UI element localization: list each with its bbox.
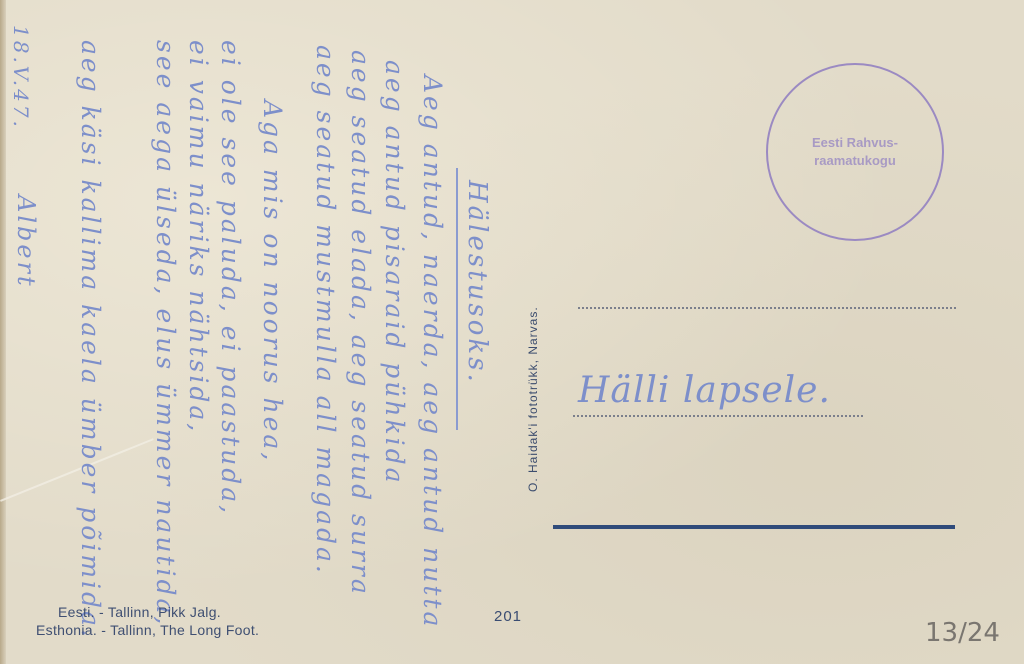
message-date: 18.V.47. — [9, 25, 33, 130]
postcard-back: Hälestusoks. Aeg antud, naerda, aeg antu… — [0, 0, 1024, 664]
address-baseline — [553, 525, 955, 529]
message-line-4: aeg seatud mustmulla all magada. — [311, 45, 340, 576]
address-line-1 — [578, 307, 956, 309]
message-signature: Albert — [12, 195, 40, 289]
message-line-8: see aega ülseda, elus ümmer nautida, — [151, 40, 180, 627]
message-line-9: aeg käsi kallima kaela ümber põimida. — [76, 40, 105, 640]
message-line-7: ei vaimu näriks nähtsida, — [184, 40, 213, 434]
card-edge — [0, 0, 6, 664]
title-underline — [456, 168, 458, 430]
message-title: Hälestusoks. — [462, 180, 492, 385]
caption-english: Esthonia. - Tallinn, The Long Foot. — [36, 622, 259, 638]
message-line-5: Aga mis on noorus hea, — [258, 100, 287, 463]
caption-estonian: Eesti. - Tallinn, Pikk Jalg. — [58, 604, 221, 620]
stamp-line-2: raamatukogu — [814, 152, 896, 170]
library-stamp: Eesti Rahvus- raamatukogu — [766, 63, 944, 241]
stamp-line-1: Eesti Rahvus- — [812, 134, 898, 152]
message-line-1: Aeg antud, naerda, aeg antud nutta — [418, 75, 447, 629]
address-line-2 — [573, 415, 863, 417]
archive-number: 13/24 — [925, 618, 1000, 648]
message-line-3: aeg seatud elada, aeg seatud surra — [346, 50, 375, 597]
message-line-6: ei ole see paluda, ei paastuda, — [216, 40, 245, 516]
catalog-number: 201 — [494, 608, 522, 625]
recipient-name: Hälli lapsele. — [578, 370, 831, 411]
printer-credit: O. Haidak'i fototrükk, Narvas. — [526, 306, 540, 492]
message-line-2: aeg antud pisaraid pühkida — [380, 60, 409, 486]
